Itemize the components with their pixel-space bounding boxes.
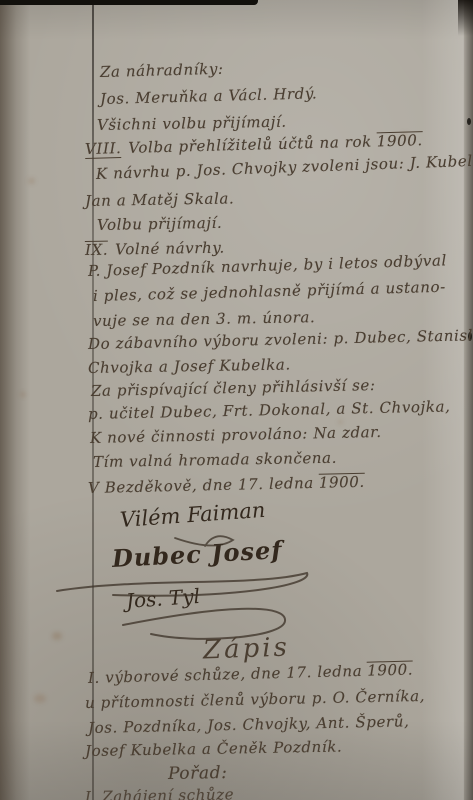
roman-numeral: IX. — [85, 241, 108, 259]
year-overlined: 1900. — [377, 131, 423, 150]
paper-stain — [28, 178, 35, 184]
line-text: Volné návrhy. — [115, 239, 225, 259]
year-overlined: 1900. — [367, 660, 413, 679]
handwritten-line: u přítomnosti členů výboru p. O. Černíka… — [85, 688, 425, 712]
handwritten-line: Volbu přijímají. — [97, 215, 223, 234]
handwritten-line: Všichni volbu přijímají. — [97, 114, 287, 134]
handwritten-line-numbered: IX.Volné návrhy. — [85, 239, 225, 259]
top-right-dark-corner — [458, 0, 473, 36]
agenda-heading: Pořad: — [168, 764, 228, 784]
handwritten-line: p. učitel Dubec, Frt. Dokonal, a St. Chv… — [88, 398, 451, 422]
handwritten-line: Za přispívající členy přihlásivší se: — [91, 377, 376, 399]
handwritten-line: K nové činnosti provoláno: Na zdar. — [90, 424, 382, 447]
handwritten-line: Tím valná hromada skončena. — [93, 450, 337, 471]
handwritten-line: I. výborové schůze, dne 17. ledna1900. — [88, 660, 414, 686]
handwritten-line: Jos. Meruňka a Václ. Hrdý. — [100, 85, 318, 107]
handwritten-line: i ples, což se jednohlasně přijímá a ust… — [93, 279, 446, 305]
handwritten-line-clipped: I. Zahájení schůze — [85, 786, 234, 800]
page-edge-mark — [467, 118, 471, 125]
flourish-stroke — [175, 536, 233, 546]
line-text: Volba přehlížitelů účtů na rok — [128, 132, 372, 156]
handwritten-line: Jos. Pozdníka, Jos. Chvojky, Ant. Šperů, — [88, 713, 410, 736]
flourish-stroke — [57, 573, 307, 596]
handwritten-line: vuje se na den 3. m. února. — [93, 309, 316, 329]
year-overlined: 1900. — [319, 473, 365, 492]
paper-stain — [20, 392, 26, 397]
paper-stain — [34, 694, 46, 703]
handwritten-line: Jan a Matěj Skala. — [85, 190, 235, 209]
line-text: V Bezděkově, dne 17. ledna — [88, 474, 314, 497]
photo-top-black-edge — [0, 0, 258, 5]
handwritten-line: Josef Kubelka a Čeněk Pozdník. — [85, 739, 343, 760]
section-heading-zapis: Zápis — [203, 632, 291, 665]
roman-numeral: VIII. — [85, 140, 122, 158]
handwritten-dateline: V Bezděkově, dne 17. ledna1900. — [88, 473, 365, 497]
handwritten-line: Do zábavního výboru zvoleni: p. Dubec, S… — [88, 327, 473, 353]
handwritten-line: Chvojka a Josef Kubelka. — [88, 356, 291, 376]
line-text: I. výborové schůze, dne 17. ledna — [88, 662, 363, 687]
handwritten-line: Za náhradníky: — [100, 61, 224, 81]
manuscript-page-photo: Za náhradníky: Jos. Meruňka a Václ. Hrdý… — [0, 0, 473, 800]
signature-flourish — [55, 505, 345, 645]
binding-gutter-shadow — [0, 0, 30, 800]
